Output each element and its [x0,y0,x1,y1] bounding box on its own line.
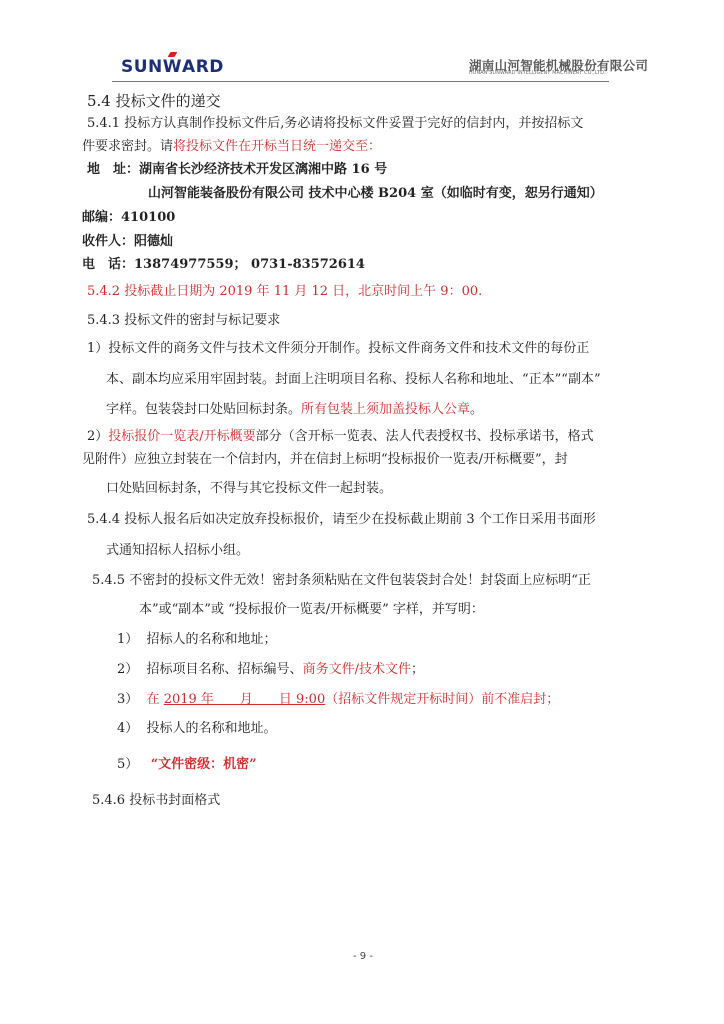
para-543-item1-line3: 字样。包装袋封口处贴回标封条。所有包装上须加盖投标人公章。 [106,402,483,418]
phone-label: 电 话： [82,257,134,272]
para-541-highlight: 将投标文件在开标当日统一递交至： [173,139,381,154]
list-num: 5） [117,757,138,772]
section-title: 5.4 投标文件的递交 [87,92,221,110]
item2-highlight: 投标报价一览表/开标概要 [108,429,255,444]
list-num: 4） [117,721,138,736]
para-542-deadline: 5.4.2 投标截止日期为 2019 年 11 月 12 日，北京时间上午 9：… [87,284,482,300]
item2-prefix: 2） [87,429,108,444]
address-label: 地 址： [87,162,139,177]
para-543-item2-line1: 2）投标报价一览表/开标概要部分（含开标一览表、法人代表授权书、投标承诺书，格式 [87,429,594,445]
logo-text-w: W [163,57,182,77]
list-text: 投标人的名称和地址。 [147,721,277,736]
list-post: （招标文件规定开标时间）前不准启封； [325,692,559,707]
header-divider [112,81,609,82]
list-pre: 在 [147,692,164,707]
list-confidential: “文件密级：机密” [151,757,257,772]
para-544-line1: 5.4.4 投标人报名后如决定放弃投标报价，请至少在投标截止期前 3 个工作日采… [87,512,596,528]
list-num: 3） [117,692,138,707]
logo-text-suffix: ARD [182,57,224,77]
list-highlight: 商务文件/技术文件 [303,662,411,677]
list-item: 1） 招标人的名称和地址； [117,632,277,648]
recipient-value: 阳德灿 [134,234,173,249]
postcode-label: 邮编： [82,210,121,225]
para-543-title: 5.4.3 投标文件的密封与标记要求 [87,313,280,329]
logo-text-prefix: SUN [121,57,163,77]
address-line: 地 址：湖南省长沙经济技术开发区漓湘中路 16 号 [87,162,387,178]
recipient-label: 收件人： [82,234,134,249]
postcode-value: 410100 [121,210,175,225]
list-item: 3） 在 2019 年 月 日 9:00（招标文件规定开标时间）前不准启封； [117,692,559,708]
list-text: 招标人的名称和地址； [147,632,277,647]
list-date-underlined: 2019 年 月 日 9:00 [164,692,326,707]
item1-highlight: 所有包装上须加盖投标人公章 [301,402,470,417]
phone-line: 电 话：13874977559； 0731-83572614 [82,257,365,273]
company-name-en: HUNAN SUNWARD INTELLIGENT MACHINERY CO.,… [469,71,606,76]
para-545-line2: 本”或“副本”或 “投标报价一览表/开标概要” 字样，并写明： [139,602,484,618]
list-num: 2） [117,662,138,677]
para-541-line2: 件要求密封。请将投标文件在开标当日统一递交至： [82,139,381,155]
para-544-line2: 式通知招标人招标小组。 [106,543,249,559]
list-num: 1） [117,632,138,647]
recipient-line: 收件人：阳德灿 [82,234,173,250]
para-545-line1: 5.4.5 不密封的投标文件无效！密封条须粘贴在文件包装袋封合处！封袋面上应标明… [92,573,591,589]
item1-text: 字样。包装袋封口处贴回标封条。 [106,402,301,417]
para-543-item1-line1: 1）投标文件的商务文件与技术文件须分开制作。投标文件商务文件和技术文件的每份正 [87,341,589,357]
postcode-line: 邮编：410100 [82,210,175,226]
item2-text: 部分（含开标一览表、法人代表授权书、投标承诺书，格式 [256,429,594,444]
sunward-logo: SUNWARD [121,57,224,77]
item1-end: 。 [470,402,483,417]
para-543-item2-line2: 见附件）应独立封装在一个信封内，并在信封上标明“投标报价一览表/开标概要”，封 [82,452,568,468]
list-text: 招标项目名称、招标编号、 [147,662,303,677]
address-line2: 山河智能装备股份有限公司 技术中心楼 B204 室（如临时有变，恕另行通知） [148,186,603,202]
para-543-item2-line3: 口处贴回标封条，不得与其它投标文件一起封装。 [106,481,392,497]
page-number: - 9 - [353,951,373,962]
para-543-item1-line2: 本、副本均应采用牢固封装。封面上注明项目名称、投标人名称和地址、“正本”“副本” [106,372,601,388]
para-541-line1: 5.4.1 投标方认真制作投标文件后,务必请将投标文件妥置于完好的信封内，并按招… [87,116,583,132]
list-item: 5） “文件密级：机密” [117,757,257,773]
list-end: ； [411,662,424,677]
para-546-title: 5.4.6 投标书封面格式 [92,793,220,809]
para-541-text: 件要求密封。请 [82,139,173,154]
phone-value: 13874977559； 0731-83572614 [134,257,365,272]
address-value: 湖南省长沙经济技术开发区漓湘中路 16 号 [139,162,387,177]
list-item: 4） 投标人的名称和地址。 [117,721,277,737]
list-item: 2） 招标项目名称、招标编号、商务文件/技术文件； [117,662,424,678]
